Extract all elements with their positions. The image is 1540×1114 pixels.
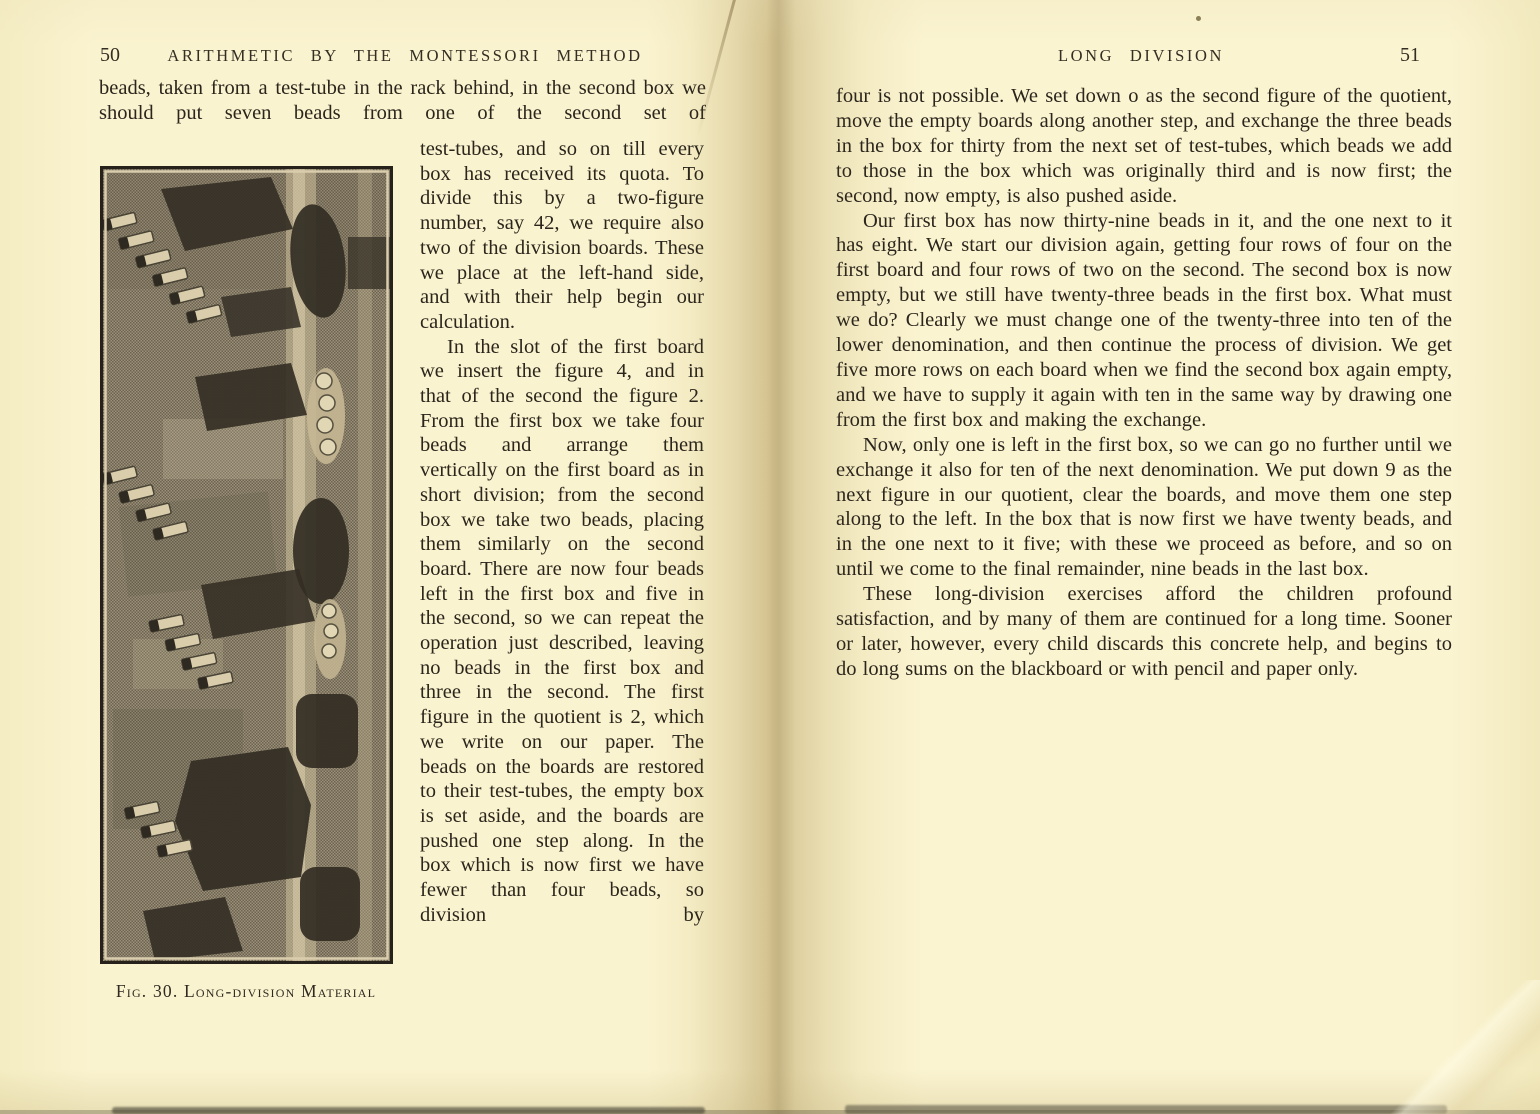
book-spread: 50 ARITHMETIC BY THE MONTESSORI METHOD b…	[0, 0, 1540, 1114]
bottom-scan-shadow-left	[112, 1107, 705, 1114]
paragraph: four is not possible. We set down o as t…	[836, 84, 1452, 209]
right-running-head: LONG DIVISION	[886, 46, 1396, 66]
left-text-column: test-tubes, and so on till every box has…	[420, 137, 704, 928]
bottom-scan-shadow-right	[845, 1105, 1447, 1114]
paragraph: Now, only one is left in the first box, …	[836, 433, 1452, 582]
bottom-page-edge	[0, 1110, 1540, 1114]
paragraph: test-tubes, and so on till every box has…	[420, 137, 704, 335]
left-running-head: ARITHMETIC BY THE MONTESSORI METHOD	[150, 46, 660, 66]
left-page-number: 50	[100, 44, 120, 67]
page-gutter-shadow	[690, 0, 860, 1114]
right-text-block: four is not possible. We set down o as t…	[836, 84, 1452, 682]
corner-fold-highlight	[1360, 980, 1540, 1114]
paragraph: Our first box has now thirty-nine beads …	[836, 209, 1452, 433]
paper-speck	[1196, 16, 1201, 21]
right-page-number: 51	[1400, 44, 1420, 67]
long-division-material-image	[103, 169, 390, 961]
figure-30-photo	[100, 166, 393, 964]
paragraph: These long-division exercises afford the…	[836, 582, 1452, 682]
figure-caption: Fig. 30. Long-division Material	[92, 981, 400, 1002]
paragraph: In the slot of the first board we insert…	[420, 335, 704, 928]
left-intro-paragraph: beads, taken from a test-tube in the rac…	[99, 76, 706, 126]
